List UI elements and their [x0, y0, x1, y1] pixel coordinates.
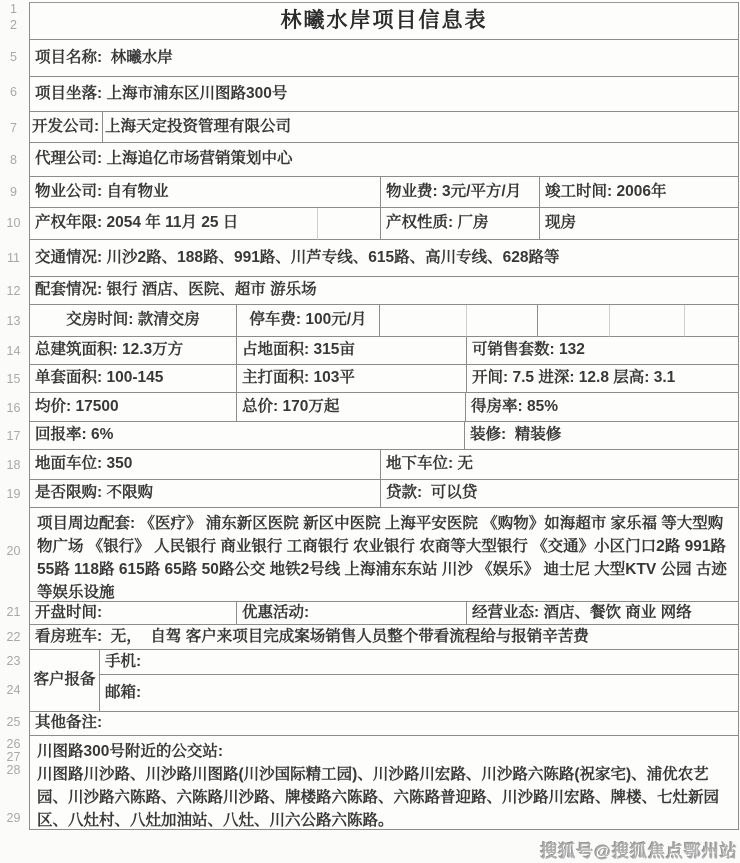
- cell-property-nature: 产权性质: 厂房: [381, 208, 540, 240]
- row-number: 2: [0, 17, 27, 33]
- cell-delivery-time: 交房时间: 款清交房: [30, 305, 237, 337]
- cell-mobile: 手机:: [100, 650, 739, 675]
- sohu-watermark: 搜狐号@搜狐焦点鄂州站: [438, 837, 738, 862]
- cell-opening-time: 开盘时间:: [30, 602, 237, 625]
- cell-developer-value: 上海天定投资管理有限公司: [103, 112, 739, 143]
- row-number: 22: [0, 629, 27, 645]
- cell-facilities: 配套情况: 银行 酒店、医院、超市 游乐场: [30, 277, 739, 305]
- row-number: 21: [0, 604, 27, 620]
- cell-ground-parking: 地面车位: 350: [30, 450, 381, 480]
- row-number: 20: [0, 543, 27, 559]
- row-number: 23: [0, 653, 27, 669]
- cell-promotion: 优惠活动:: [237, 602, 467, 625]
- cell-surroundings: 项目周边配套: 《医疗》 浦东新区医院 新区中医院 上海平安医院 《购物》如海超…: [30, 508, 739, 602]
- cell-project-name: 项目名称: 林曦水岸: [30, 40, 739, 77]
- cell-loan: 贷款: 可以贷: [381, 480, 739, 508]
- cell-return-rate: 回报率: 6%: [30, 422, 465, 450]
- row-number: 25: [0, 714, 27, 730]
- cell-business-type: 经营业态: 酒店、餐饮 商业 网络: [467, 602, 739, 625]
- bus-stops-text: 川图路川沙路、川沙路川图路(川沙国际精工园)、川沙路川宏路、川沙路六陈路(祝家宅…: [37, 763, 731, 830]
- cell-empty: [380, 305, 467, 337]
- cell-sellable-units: 可销售套数: 132: [467, 337, 739, 365]
- cell-bus-stations: 川图路300号附近的公交站: 川图路川沙路、川沙路川图路(川沙国际精工园)、川沙…: [30, 736, 739, 830]
- row-number: 18: [0, 457, 27, 473]
- row-number: 14: [0, 343, 27, 359]
- bus-intro-text: 川图路300号附近的公交站:: [37, 740, 731, 763]
- cell-unit-area: 单套面积: 100-145: [30, 365, 237, 393]
- cell-underground-parking: 地下车位: 无: [381, 450, 739, 480]
- cell-traffic: 交通情况: 川沙2路、188路、991路、川芦专线、615路、高川专线、628路…: [30, 240, 739, 277]
- row-number: 1: [0, 1, 27, 17]
- row-number: 29: [0, 810, 27, 826]
- row-number: 15: [0, 371, 27, 387]
- cell-empty: [318, 208, 381, 240]
- cell-main-area: 主打面积: 103平: [237, 365, 467, 393]
- row-number: 16: [0, 400, 27, 416]
- cell-empty: [610, 305, 685, 337]
- cell-total-price: 总价: 170万起: [237, 393, 466, 422]
- cell-avg-price: 均价: 17500: [30, 393, 237, 422]
- row-number: 17: [0, 428, 27, 444]
- cell-client-report-label: 客户报备: [30, 650, 100, 712]
- cell-developer-label: 开发公司:: [30, 112, 103, 143]
- spreadsheet-screenshot: 1 2 5 6 7 8 9 10 11 12 13 14 15 16 17 18…: [0, 0, 740, 863]
- cell-property-fee: 物业费: 3元/平方/月: [381, 177, 540, 208]
- cell-location: 项目坐落: 上海市浦东区川图路300号: [30, 77, 739, 112]
- cell-total-area: 总建筑面积: 12.3万方: [30, 337, 237, 365]
- cell-empty: [467, 305, 538, 337]
- cell-ready-house: 现房: [540, 208, 739, 240]
- row-number: 24: [0, 682, 27, 698]
- row-number: 9: [0, 184, 27, 200]
- cell-email: 邮箱:: [100, 675, 739, 712]
- row-number: 13: [0, 313, 27, 329]
- page-title: 林曦水岸项目信息表: [30, 2, 739, 40]
- row-number: 10: [0, 215, 27, 231]
- cell-empty: [538, 305, 610, 337]
- row-number: 19: [0, 486, 27, 502]
- row-number: 5: [0, 49, 27, 65]
- row-number: 8: [0, 152, 27, 168]
- row-number: 11: [0, 250, 27, 266]
- cell-empty: [685, 305, 739, 337]
- cell-agency: 代理公司: 上海追亿市场营销策划中心: [30, 143, 739, 177]
- cell-decoration: 装修: 精装修: [465, 422, 739, 450]
- cell-land-area: 占地面积: 315亩: [237, 337, 467, 365]
- cell-purchase-limit: 是否限购: 不限购: [30, 480, 381, 508]
- cell-usable-ratio: 得房率: 85%: [466, 393, 739, 422]
- row-number: 7: [0, 120, 27, 136]
- cell-dimensions: 开间: 7.5 进深: 12.8 层高: 3.1: [467, 365, 739, 393]
- cell-other-notes: 其他备注:: [30, 712, 739, 736]
- cell-property-term: 产权年限: 2054 年 11月 25 日: [30, 208, 318, 240]
- cell-parking-fee: 停车费: 100元/月: [237, 305, 380, 337]
- cell-property-company: 物业公司: 自有物业: [30, 177, 381, 208]
- cell-shuttle: 看房班车: 无， 自驾 客户来项目完成案场销售人员整个带看流程给与报销辛苦费: [30, 625, 739, 650]
- row-number: 28: [0, 762, 27, 778]
- cell-completion-time: 竣工时间: 2006年: [540, 177, 739, 208]
- row-number: 12: [0, 283, 27, 299]
- row-number: 6: [0, 84, 27, 100]
